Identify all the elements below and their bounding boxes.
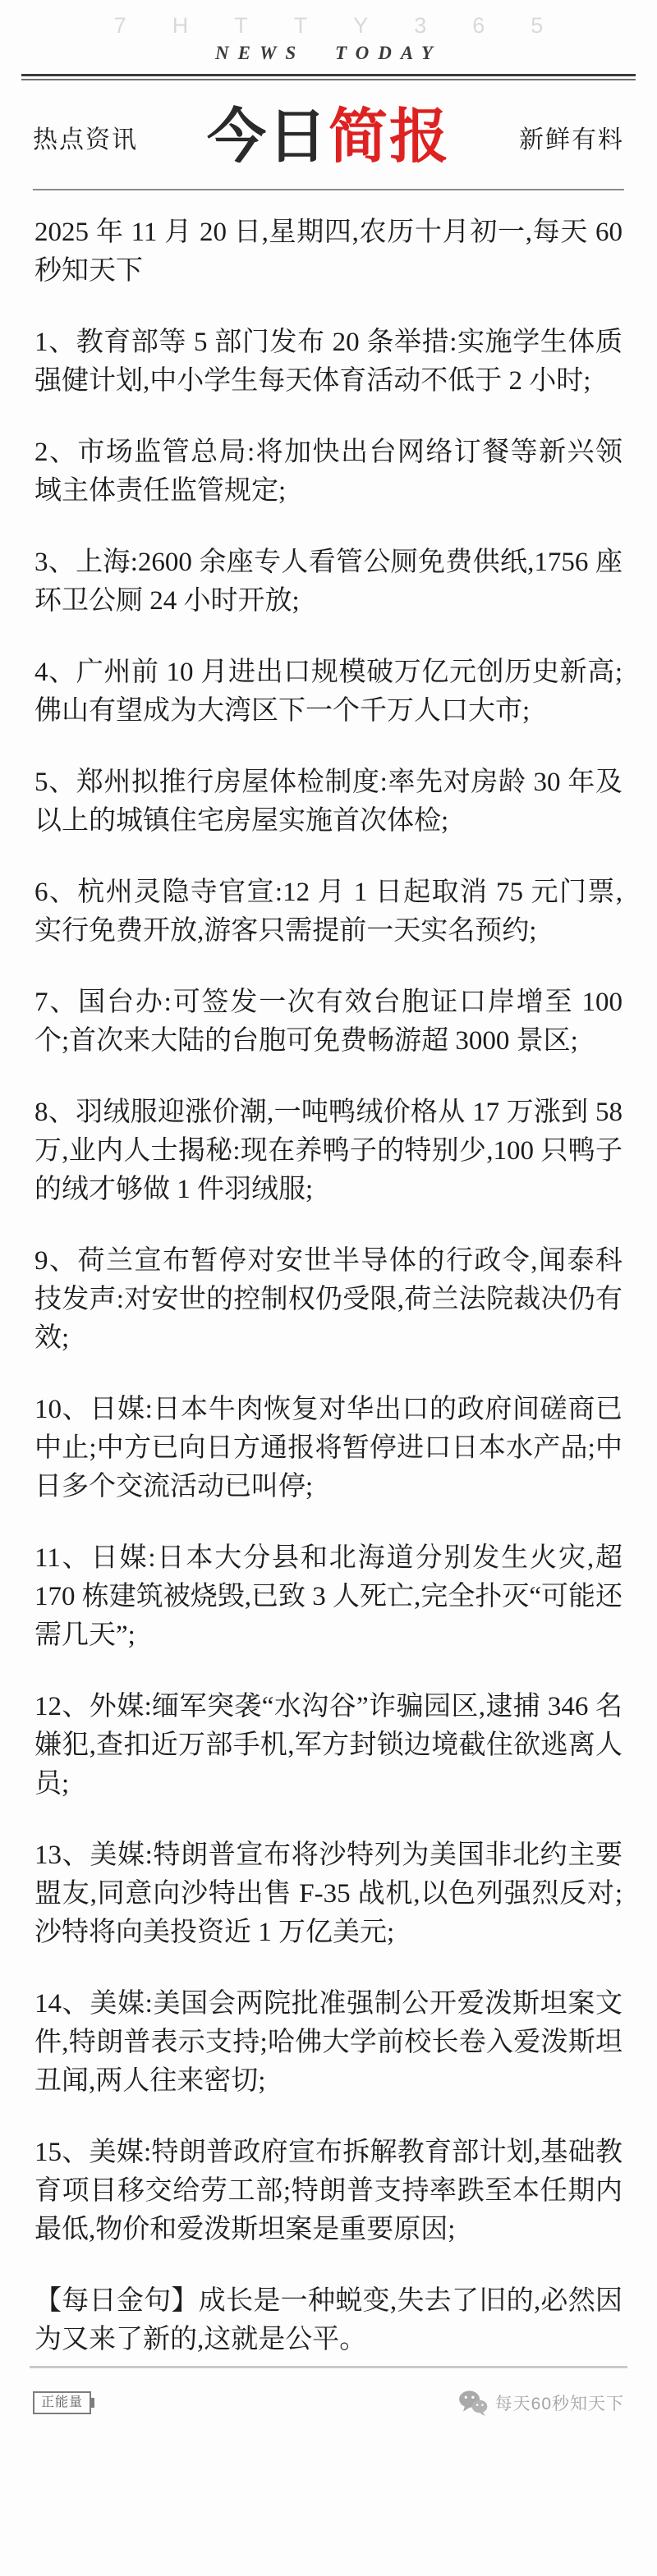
news-item-8: 8、羽绒服迎涨价潮,一吨鸭绒价格从 17 万涨到 58 万,业内人士揭秘:现在养…	[34, 1093, 623, 1209]
news-item-4: 4、广州前 10 月进出口规模破万亿元创历史新高;佛山有望成为大湾区下一个千万人…	[34, 653, 623, 731]
news-item-1: 1、教育部等 5 部门发布 20 条举措:实施学生体质强健计划,中小学生每天体育…	[34, 323, 623, 401]
header-left-label: 热点资讯	[33, 119, 138, 155]
news-item-10: 10、日媒:日本牛肉恢复对华出口的政府间磋商已中止;中方已向日方通报将暂停进口日…	[34, 1391, 623, 1506]
news-item-12: 12、外媒:缅军突袭“水沟谷”诈骗园区,逮捕 346 名嫌犯,查扣近万部手机,军…	[34, 1688, 623, 1804]
article-body: 2025 年 11 月 20 日,星期四,农历十月初一,每天 60 秒知天下 1…	[0, 190, 657, 2359]
page-title: 今日简报	[207, 102, 450, 172]
news-item-14: 14、美媒:美国会两院批准强制公开爱泼斯坦案文件,特朗普表示支持;哈佛大学前校长…	[34, 1985, 623, 2101]
footer-brand: 每天60秒知天下	[458, 2390, 624, 2416]
masthead-title: NEWS TODAY	[0, 41, 657, 66]
daily-quote: 【每日金句】成长是一种蜕变,失去了旧的,必然因为又来了新的,这就是公平。	[34, 2282, 623, 2359]
news-item-15: 15、美媒:特朗普政府宣布拆解教育部计划,基础教育项目移交给劳工部;特朗普支持率…	[34, 2134, 623, 2249]
ghost-watermark-text: 7HTTY365	[0, 13, 657, 38]
date-line: 2025 年 11 月 20 日,星期四,农历十月初一,每天 60 秒知天下	[34, 213, 623, 291]
news-item-2: 2、市场监管总局:将加快出台网络订餐等新兴领域主体责任监管规定;	[34, 433, 623, 511]
news-item-3: 3、上海:2600 余座专人看管公厕免费供纸,1756 座环卫公厕 24 小时开…	[34, 543, 623, 621]
news-item-11: 11、日媒:日本大分县和北海道分别发生火灾,超 170 栋建筑被烧毁,已致 3 …	[34, 1539, 623, 1655]
news-item-9: 9、荷兰宣布暂停对安世半导体的行政令,闻泰科技发声:对安世的控制权仍受限,荷兰法…	[34, 1242, 623, 1358]
positive-energy-badge: 正能量	[33, 2391, 91, 2414]
news-item-7: 7、国台办:可签发一次有效台胞证口岸增至 100 个;首次来大陆的台胞可免费畅游…	[34, 983, 623, 1061]
news-item-6: 6、杭州灵隐寺官宣:12 月 1 日起取消 75 元门票,实行免费开放,游客只需…	[34, 873, 623, 951]
double-divider	[21, 74, 636, 80]
header-right-label: 新鲜有料	[519, 119, 624, 155]
header-row: 热点资讯 今日简报 新鲜有料	[0, 102, 657, 172]
news-briefing-page: 7HTTY365 NEWS TODAY 热点资讯 今日简报 新鲜有料 2025 …	[0, 0, 657, 2576]
footer-brand-label: 每天60秒知天下	[495, 2390, 624, 2415]
footer-row: 正能量 每天60秒知天下	[0, 2368, 657, 2436]
wechat-icon	[458, 2390, 488, 2416]
news-item-5: 5、郑州拟推行房屋体检制度:率先对房龄 30 年及以上的城镇住宅房屋实施首次体检…	[34, 763, 623, 841]
page-title-red-part: 简报	[328, 104, 450, 170]
page-title-black-part: 今日	[207, 104, 328, 170]
news-item-13: 13、美媒:特朗普宣布将沙特列为美国非北约主要盟友,同意向沙特出售 F-35 战…	[34, 1836, 623, 1952]
